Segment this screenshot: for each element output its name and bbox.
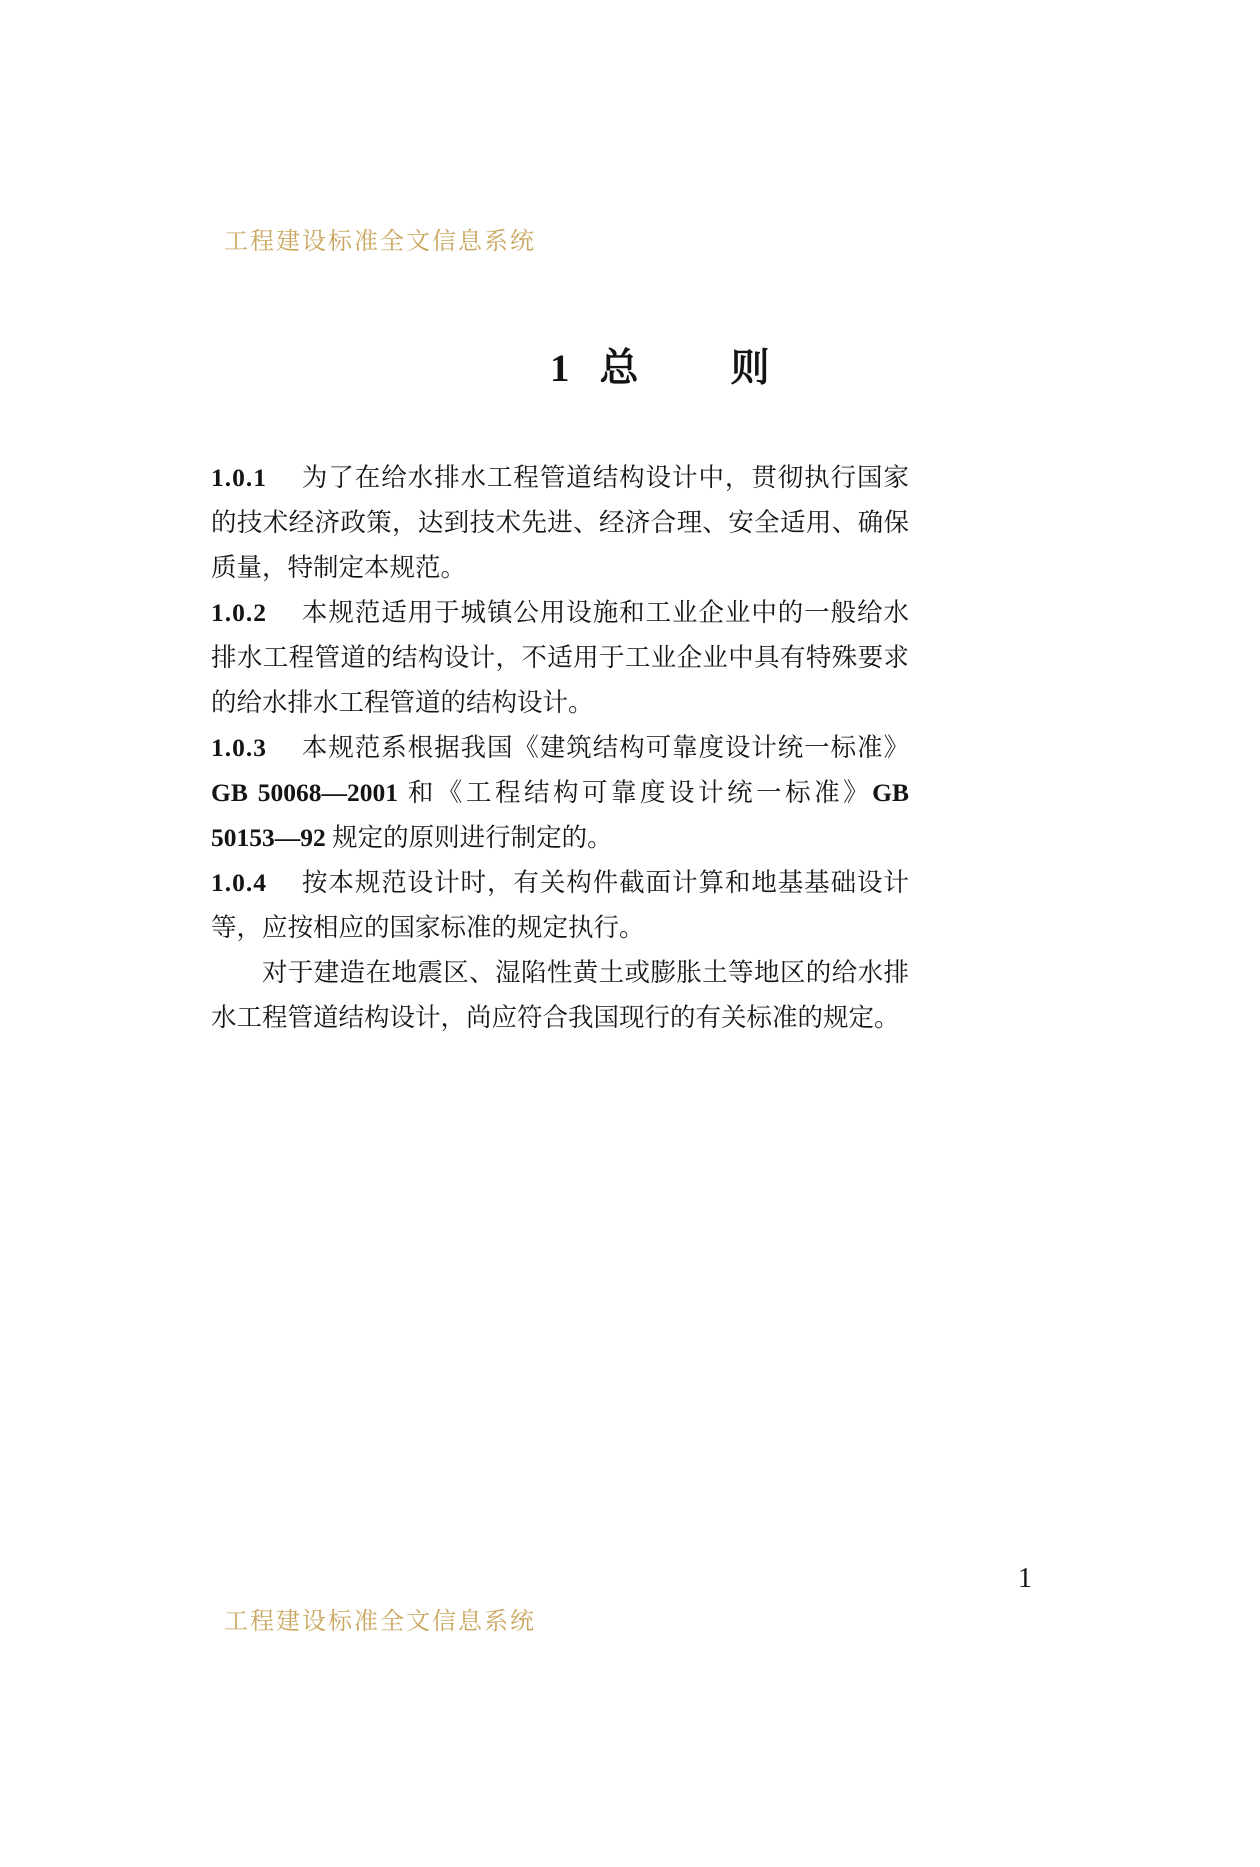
- clause-text: 本规范系根据我国《建筑结构可靠度设计统一标准》: [301, 733, 909, 762]
- clause-number: 1.0.4: [211, 868, 267, 897]
- clause-1-0-4-continuation: 对于建造在地震区、湿陷性黄土或膨胀土等地区的给水排水工程管道结构设计，尚应符合我…: [211, 950, 909, 1040]
- page-number: 1: [1018, 1563, 1032, 1595]
- clause-text: 本规范适用于城镇公用设施和工业企业中的一般给水排水工程管道的结构设计，不适用于工…: [211, 598, 909, 717]
- clause-text: 为了在给水排水工程管道结构设计中，贯彻执行国家的技术经济政策，达到技术先进、经济…: [211, 463, 909, 582]
- clause-text: 规定的原则进行制定的。: [326, 823, 613, 852]
- header-watermark: 工程建设标准全文信息系统: [224, 221, 536, 256]
- body-text: 1.0.1为了在给水排水工程管道结构设计中，贯彻执行国家的技术经济政策，达到技术…: [211, 455, 909, 1040]
- clause-1-0-1: 1.0.1为了在给水排水工程管道结构设计中，贯彻执行国家的技术经济政策，达到技术…: [211, 455, 909, 590]
- clause-number: 1.0.2: [211, 598, 267, 627]
- chapter-number: 1: [550, 348, 570, 391]
- clause-text: 和《工程结构可靠度设计统一标准》: [398, 778, 872, 807]
- chapter-title-word-2: 则: [731, 348, 770, 391]
- clause-number: 1.0.3: [211, 733, 267, 762]
- document-page: 工程建设标准全文信息系统 1 总 则 1.0.1为了在给水排水工程管道结构设计中…: [0, 0, 1260, 1867]
- footer-watermark: 工程建设标准全文信息系统: [224, 1601, 536, 1636]
- standard-reference: GB 50068—2001: [211, 778, 398, 807]
- clause-text: 按本规范设计时，有关构件截面计算和地基基础设计等，应按相应的国家标准的规定执行。: [211, 868, 909, 942]
- clause-1-0-2: 1.0.2本规范适用于城镇公用设施和工业企业中的一般给水排水工程管道的结构设计，…: [211, 590, 909, 725]
- clause-number: 1.0.1: [211, 463, 267, 492]
- chapter-title-word-1: 总: [600, 348, 639, 391]
- chapter-title: 1 总 则: [550, 348, 770, 391]
- clause-1-0-3: 1.0.3本规范系根据我国《建筑结构可靠度设计统一标准》GB 50068—200…: [211, 725, 909, 860]
- clause-text: 对于建造在地震区、湿陷性黄土或膨胀土等地区的给水排水工程管道结构设计，尚应符合我…: [211, 958, 909, 1032]
- clause-1-0-4: 1.0.4按本规范设计时，有关构件截面计算和地基基础设计等，应按相应的国家标准的…: [211, 860, 909, 950]
